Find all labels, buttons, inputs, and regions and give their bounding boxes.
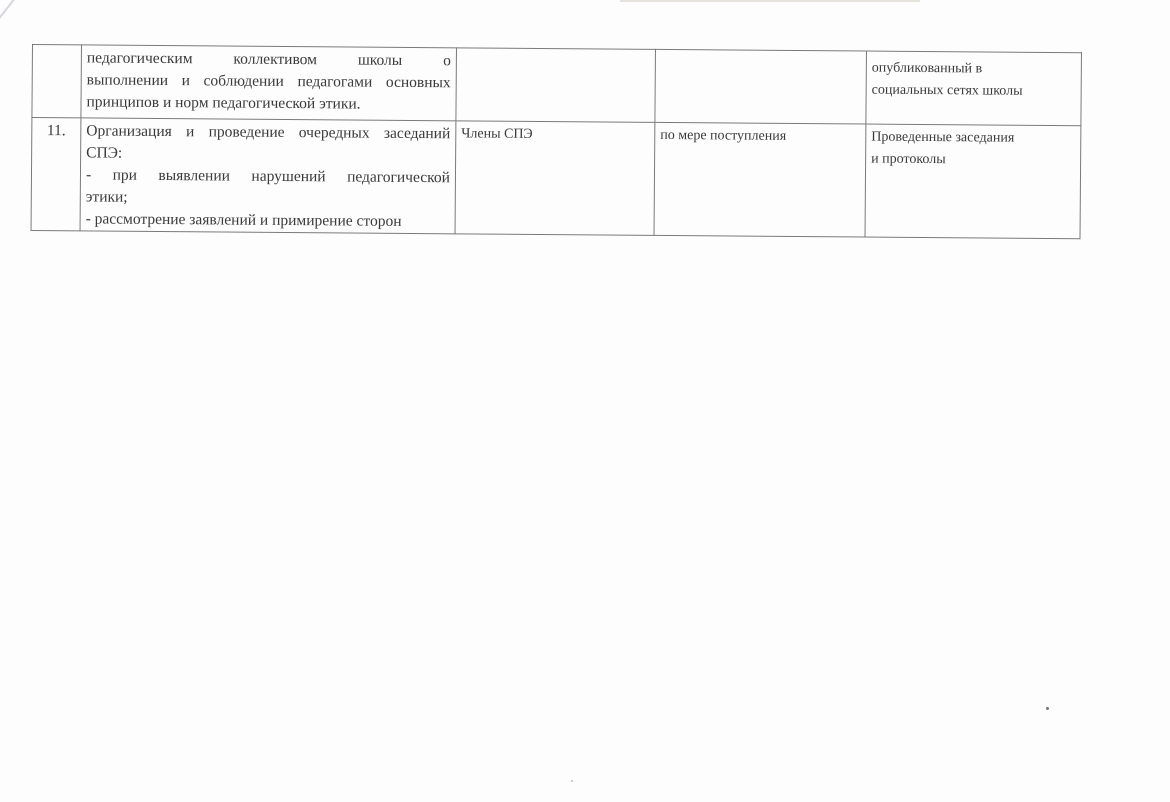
row-number-cell <box>32 45 82 118</box>
term-cell <box>655 49 867 124</box>
activity-cell: Организация и проведение очередных засед… <box>80 118 456 234</box>
table-row: педагогическим коллективом школы о выпол… <box>32 45 1082 126</box>
scan-speck <box>571 780 573 782</box>
result-cell: Проведенные заседания и протоколы <box>865 124 1081 239</box>
result-line: социальных сетях школы <box>872 80 1076 104</box>
page-edge-shadow <box>620 0 920 2</box>
scan-speck <box>1046 707 1049 710</box>
table-row: 11. Организация и проведение очередных з… <box>31 118 1081 239</box>
result-line: Проведенные заседания <box>871 127 1075 151</box>
result-line: и протоколы <box>871 149 1075 173</box>
activity-line: принципов и норм педагогической этики. <box>86 91 450 116</box>
plan-table: педагогическим коллективом школы о выпол… <box>31 44 1082 239</box>
activity-line: - рассмотрение заявлений и примирение ст… <box>86 208 450 233</box>
activity-line: этики; <box>86 186 450 211</box>
row-number-cell: 11. <box>31 118 81 231</box>
result-line: опубликованный в <box>872 58 1076 82</box>
activity-line: СПЭ: <box>86 142 450 167</box>
activity-line: педагогическим коллективом школы о <box>87 47 451 72</box>
responsible-cell: Члены СПЭ <box>455 121 655 236</box>
activity-line: выполнении и соблюдении педагогами основ… <box>87 69 451 94</box>
result-cell: опубликованный в социальных сетях школы <box>866 51 1082 126</box>
activity-line: Организация и проведение очередных засед… <box>86 120 450 145</box>
activity-cell: педагогическим коллективом школы о выпол… <box>81 45 457 121</box>
activity-line: - при выявлении нарушений педагогической <box>86 164 450 189</box>
page-fold-mark <box>0 0 32 26</box>
responsible-cell <box>456 48 656 123</box>
term-cell: по мере поступления <box>654 122 866 237</box>
